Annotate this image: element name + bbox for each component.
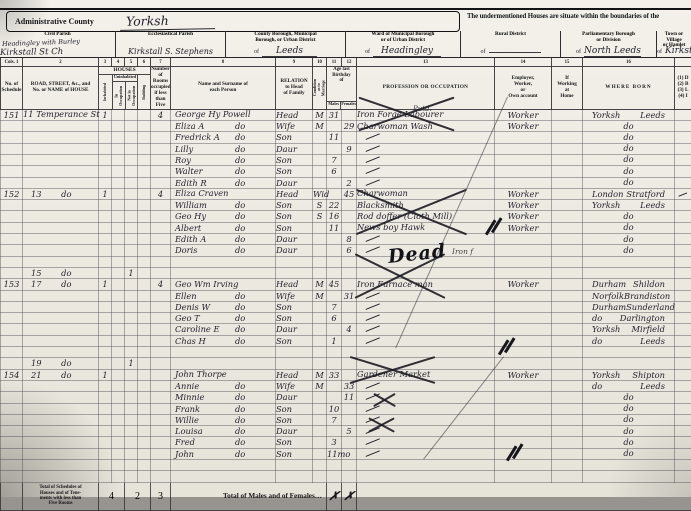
- inhabited-cell: [99, 166, 112, 177]
- born-cell: doLeeds: [583, 335, 675, 346]
- relation-cell: Daur: [276, 177, 313, 188]
- uninhabited-occ-cell: [112, 414, 125, 425]
- rooms-cell: [151, 301, 171, 312]
- age-male-cell: 16: [327, 211, 342, 222]
- infirmity-cell: [675, 459, 691, 470]
- column-number: 6: [138, 58, 151, 67]
- uninhabited-notocc-cell: [125, 222, 138, 233]
- relation-cell: Head: [276, 279, 313, 290]
- schedule-cell: 151: [1, 109, 23, 120]
- age-male-cell: [327, 459, 342, 470]
- uninhabited-notocc-cell: [125, 132, 138, 143]
- uninhabited-occ-cell: [112, 471, 125, 482]
- infirmity-cell: [675, 177, 691, 188]
- occupation-cell: [357, 403, 495, 414]
- column-number: 7: [151, 58, 171, 67]
- schedule-cell: [1, 301, 23, 312]
- census-page-scan: Administrative County Yorksh The underme…: [0, 0, 691, 497]
- employer-cell: [495, 471, 552, 482]
- born-cell: do: [583, 121, 675, 132]
- inhabited-cell: [99, 267, 112, 278]
- inhabited-cell: [99, 414, 112, 425]
- pencil-note: Iron f: [452, 247, 473, 256]
- column-numbers-row: Cols. 12345678910111213141516: [1, 58, 691, 67]
- building-cell: [138, 143, 151, 154]
- working-home-cell: [552, 426, 583, 437]
- column-number: 13: [357, 58, 495, 67]
- table-row: RoydoSon7do: [1, 154, 691, 165]
- table-row: Geo TdoSon6doDarlington: [1, 313, 691, 324]
- tick-mark: [366, 439, 380, 446]
- born-cell: YorkshShipton: [583, 369, 675, 380]
- name-cell: Williedo: [171, 414, 276, 425]
- column-number: 16: [583, 58, 675, 67]
- occupation-cell: Charwoman Wash: [357, 121, 495, 132]
- census-rows: 15111 Temperance St14George Hy PowellHea…: [1, 109, 691, 482]
- schedule-cell: [1, 448, 23, 459]
- infirmity-cell: [675, 414, 691, 425]
- relation-cell: [276, 459, 313, 470]
- born-cell: YorkshLeeds: [583, 109, 675, 120]
- employer-cell: [495, 335, 552, 346]
- in-occupation-label: In Occupation: [113, 86, 125, 106]
- infirmity-cell: [675, 256, 691, 267]
- col-age-header: Age last Birthday of MalesFemales: [327, 67, 357, 110]
- uninhabited-notocc-cell: [125, 301, 138, 312]
- schedule-cell: [1, 437, 23, 448]
- age-female-cell: [342, 414, 357, 425]
- employer-cell: [495, 166, 552, 177]
- column-number: 12: [342, 58, 357, 67]
- uninhabited-notocc-cell: [125, 313, 138, 324]
- occupation-cell: Putd.Iron Forge Labourer: [357, 109, 495, 120]
- road-cell: [23, 166, 99, 177]
- uninhabited-notocc-cell: [125, 324, 138, 335]
- ward-value: ofHeadingley: [346, 46, 460, 56]
- employer-cell: [495, 267, 552, 278]
- name-cell: Johndo: [171, 448, 276, 459]
- age-male-cell: 7: [327, 414, 342, 425]
- uninhabited-occ-cell: [112, 403, 125, 414]
- born-cell: LondonStratford: [583, 188, 675, 199]
- employer-cell: [495, 324, 552, 335]
- building-cell: [138, 459, 151, 470]
- uninhabited-notocc-cell: [125, 414, 138, 425]
- schedule-cell: [1, 154, 23, 165]
- condition-cell: [313, 414, 327, 425]
- undermentioned-text: The undermentioned Houses are situate wi…: [467, 13, 691, 20]
- condition-cell: M: [313, 279, 327, 290]
- born-cell: do: [583, 448, 675, 459]
- employer-cell: Worker: [495, 109, 552, 120]
- uninhabited-notocc-cell: [125, 143, 138, 154]
- road-cell: [23, 245, 99, 256]
- employer-cell: [495, 143, 552, 154]
- schedule-cell: [1, 132, 23, 143]
- occupation-cell: [357, 459, 495, 470]
- building-cell: [138, 211, 151, 222]
- born-cell: do: [583, 414, 675, 425]
- table-row: MinniedoDaur11do: [1, 392, 691, 403]
- table-row: Geo HydoSonS16Rod doffer (Cloth Mill)Wor…: [1, 211, 691, 222]
- condition-cell: [313, 448, 327, 459]
- age-male-cell: [327, 347, 342, 358]
- employer-cell: [495, 358, 552, 369]
- infirmity-cell: [675, 211, 691, 222]
- rooms-cell: [151, 358, 171, 369]
- name-cell: Chas Hdo: [171, 335, 276, 346]
- born-cell: [583, 471, 675, 482]
- born-cell: do: [583, 245, 675, 256]
- name-cell: [171, 459, 276, 470]
- working-home-cell: [552, 403, 583, 414]
- rooms-cell: [151, 154, 171, 165]
- rooms-cell: [151, 414, 171, 425]
- occupation-cell: [357, 154, 495, 165]
- condition-cell: M: [313, 109, 327, 120]
- uninhabited-occ-cell: [112, 335, 125, 346]
- uninhabited-occ-cell: [112, 358, 125, 369]
- age-female-cell: [342, 471, 357, 482]
- name-cell: [171, 267, 276, 278]
- employer-cell: Worker: [495, 369, 552, 380]
- column-headers-row: No. of Schedule ROAD, STREET, &c., and N…: [1, 67, 691, 110]
- column-number: 5: [125, 58, 138, 67]
- age-female-cell: [342, 267, 357, 278]
- name-cell: Geo Wm Irving: [171, 279, 276, 290]
- road-cell: [23, 121, 99, 132]
- uninhabited-label: Uninhabited: [113, 75, 138, 82]
- age-male-cell: 31: [327, 109, 342, 120]
- building-cell: [138, 121, 151, 132]
- occupation-cell: [357, 177, 495, 188]
- building-cell: [138, 358, 151, 369]
- schedule-cell: [1, 414, 23, 425]
- age-female-cell: [342, 459, 357, 470]
- inhabited-cell: [99, 256, 112, 267]
- born-cell: [583, 267, 675, 278]
- condition-cell: [313, 267, 327, 278]
- road-cell: [23, 380, 99, 391]
- relation-cell: Wife: [276, 121, 313, 132]
- condition-cell: [313, 426, 327, 437]
- age-female-cell: [342, 347, 357, 358]
- road-cell: [23, 437, 99, 448]
- working-home-cell: [552, 200, 583, 211]
- occupation-cell: [357, 448, 495, 459]
- infirmity-cell: [675, 369, 691, 380]
- schedule-cell: [1, 426, 23, 437]
- county-borough-box: County Borough, Municipal Borough, or Ur…: [225, 31, 345, 57]
- occupation-cell: [357, 132, 495, 143]
- name-cell: Walterdo: [171, 166, 276, 177]
- uninhabited-occ-cell: [112, 245, 125, 256]
- schedule-cell: [1, 143, 23, 154]
- table-row: 15111 Temperance St14George Hy PowellHea…: [1, 109, 691, 120]
- inhabited-cell: [99, 154, 112, 165]
- inhabited-cell: [99, 380, 112, 391]
- age-female-cell: [342, 313, 357, 324]
- born-cell: YorkshLeeds: [583, 200, 675, 211]
- rooms-cell: 4: [151, 109, 171, 120]
- occupation-cell: [357, 358, 495, 369]
- inhabited-cell: [99, 403, 112, 414]
- employer-cell: [495, 313, 552, 324]
- table-row: Chas HdoSon1doLeeds: [1, 335, 691, 346]
- born-cell: [583, 358, 675, 369]
- name-cell: Williamdo: [171, 200, 276, 211]
- age-male-cell: [327, 267, 342, 278]
- col-condition-header: Condition as to Marriage: [313, 67, 327, 110]
- working-home-cell: [552, 256, 583, 267]
- occupation-cell: [357, 143, 495, 154]
- working-home-cell: [552, 369, 583, 380]
- infirmity-cell: [675, 313, 691, 324]
- tick-mark: [366, 394, 380, 401]
- born-cell: do: [583, 403, 675, 414]
- table-row: Edith RdoDaur2do: [1, 177, 691, 188]
- occupation-cell: Gardener Market: [357, 369, 495, 380]
- age-female-cell: [342, 200, 357, 211]
- occupation-cell: [357, 437, 495, 448]
- road-cell: [23, 471, 99, 482]
- age-female-cell: [342, 211, 357, 222]
- county-borough-value: ofLeeds: [226, 46, 345, 56]
- age-female-cell: [342, 109, 357, 120]
- table-row: Eliza AdoWifeM29Charwoman WashWorkerdo: [1, 121, 691, 132]
- schedule-cell: 153: [1, 279, 23, 290]
- road-cell: 19do: [23, 358, 99, 369]
- employer-cell: [495, 177, 552, 188]
- working-home-cell: [552, 121, 583, 132]
- condition-cell: S: [313, 200, 327, 211]
- ward-label: Ward of Municipal Borough or of Urban Di…: [346, 31, 460, 43]
- age-female-cell: [342, 256, 357, 267]
- name-cell: Minniedo: [171, 392, 276, 403]
- employer-cell: Worker: [495, 200, 552, 211]
- born-cell: [583, 459, 675, 470]
- totals-row: Total of Schedules of Houses and of Tene…: [1, 482, 691, 497]
- relation-cell: Son: [276, 403, 313, 414]
- name-cell: [171, 358, 276, 369]
- relation-cell: Daur: [276, 245, 313, 256]
- working-home-cell: [552, 245, 583, 256]
- age-female-cell: [342, 166, 357, 177]
- age-female-cell: [342, 369, 357, 380]
- occupation-cell: [357, 347, 495, 358]
- employer-cell: Worker: [495, 211, 552, 222]
- working-home-cell: [552, 143, 583, 154]
- tick-mark: [366, 416, 380, 423]
- road-cell: [23, 335, 99, 346]
- relation-cell: Wife: [276, 380, 313, 391]
- uninhabited-occ-cell: [112, 290, 125, 301]
- building-cell: [138, 256, 151, 267]
- inhabited-cell: [99, 324, 112, 335]
- relation-cell: [276, 347, 313, 358]
- rooms-cell: [151, 267, 171, 278]
- ecclesiastical-parish-label: Ecclesiastical Parish: [116, 31, 225, 38]
- condition-cell: [313, 347, 327, 358]
- tick-mark: [366, 134, 380, 141]
- age-male-cell: 11: [327, 132, 342, 143]
- working-home-cell: [552, 448, 583, 459]
- building-cell: [138, 279, 151, 290]
- infirmity-cell: [675, 143, 691, 154]
- col-road-header: ROAD, STREET, &c., and No. or NAME of HO…: [23, 67, 99, 110]
- working-home-cell: [552, 414, 583, 425]
- age-female-cell: [342, 154, 357, 165]
- uninhabited-occ-cell: [112, 426, 125, 437]
- age-male-cell: [327, 380, 342, 391]
- age-male-cell: 22: [327, 200, 342, 211]
- rooms-cell: [151, 177, 171, 188]
- ward-box: Ward of Municipal Borough or of Urban Di…: [345, 31, 460, 57]
- born-cell: do: [583, 426, 675, 437]
- inhabited-cell: 1: [99, 109, 112, 120]
- col-occupation-header: PROFESSION OR OCCUPATION: [357, 67, 495, 110]
- working-home-cell: [552, 234, 583, 245]
- born-cell: do: [583, 177, 675, 188]
- working-home-cell: [552, 313, 583, 324]
- name-cell: Geo Tdo: [171, 313, 276, 324]
- name-cell: Albertdo: [171, 222, 276, 233]
- condition-cell: M: [313, 380, 327, 391]
- uninhabited-occ-cell: [112, 188, 125, 199]
- schedule-cell: [1, 358, 23, 369]
- road-cell: [23, 459, 99, 470]
- uninhabited-occ-cell: [112, 369, 125, 380]
- employer-cell: [495, 392, 552, 403]
- road-cell: [23, 347, 99, 358]
- employer-cell: [495, 459, 552, 470]
- uninhabited-occ-cell: [112, 143, 125, 154]
- rural-district-box: Rural District of: [460, 31, 560, 57]
- road-cell: [23, 200, 99, 211]
- employer-cell: Worker: [495, 222, 552, 233]
- table-row: EllendoWifeM31NorfolkBrandiston: [1, 290, 691, 301]
- born-cell: DurhamShildon: [583, 279, 675, 290]
- occupation-cell: [357, 426, 495, 437]
- working-home-cell: [552, 177, 583, 188]
- col-born-header: WHERE BORN: [583, 67, 675, 110]
- inhabited-cell: [99, 335, 112, 346]
- col-relation-header: RELATION to Head of Family: [276, 67, 313, 110]
- uninhabited-notocc-cell: [125, 245, 138, 256]
- building-cell: [138, 313, 151, 324]
- condition-cell: Wid: [313, 188, 327, 199]
- working-home-cell: [552, 335, 583, 346]
- rooms-cell: [151, 200, 171, 211]
- rooms-cell: [151, 437, 171, 448]
- age-female-cell: [342, 132, 357, 143]
- employer-cell: [495, 347, 552, 358]
- relation-cell: Son: [276, 437, 313, 448]
- employer-cell: [495, 245, 552, 256]
- inhabited-cell: [99, 347, 112, 358]
- building-cell: [138, 188, 151, 199]
- condition-cell: [313, 392, 327, 403]
- condition-cell: [313, 177, 327, 188]
- totals-schedules-label: Total of Schedules of Houses and of Tene…: [23, 482, 99, 497]
- born-cell: [583, 256, 675, 267]
- building-cell: [138, 369, 151, 380]
- tick-mark: [366, 247, 380, 254]
- born-cell: do: [583, 437, 675, 448]
- rooms-cell: [151, 459, 171, 470]
- age-male-cell: [327, 358, 342, 369]
- column-number: 9: [276, 58, 313, 67]
- houses-total-1: 4: [99, 482, 125, 497]
- building-cell: [138, 290, 151, 301]
- rooms-cell: [151, 380, 171, 391]
- inhabited-cell: 1: [99, 369, 112, 380]
- tick-mark: [366, 450, 380, 457]
- tick-mark: [366, 179, 380, 186]
- occupation-cell: [357, 313, 495, 324]
- condition-cell: [313, 166, 327, 177]
- schedule-cell: [1, 324, 23, 335]
- rooms-cell: [151, 313, 171, 324]
- name-cell: Edith Rdo: [171, 177, 276, 188]
- males-label: Males: [327, 102, 340, 109]
- infirmity-cell: [675, 403, 691, 414]
- name-cell: Louisado: [171, 426, 276, 437]
- condition-cell: [313, 403, 327, 414]
- name-cell: Fredrick Ado: [171, 132, 276, 143]
- table-row: [1, 347, 691, 358]
- age-male-cell: 7: [327, 301, 342, 312]
- born-cell: doLeeds: [583, 380, 675, 391]
- condition-cell: [313, 324, 327, 335]
- age-male-cell: [327, 256, 342, 267]
- tick-mark: [366, 405, 380, 412]
- uninhabited-notocc-cell: [125, 279, 138, 290]
- tick-mark: [366, 156, 380, 163]
- uninhabited-notocc-cell: [125, 426, 138, 437]
- name-cell: Geo Hydo: [171, 211, 276, 222]
- working-home-cell: [552, 222, 583, 233]
- uninhabited-occ-cell: [112, 256, 125, 267]
- working-home-cell: [552, 211, 583, 222]
- town-village-box: Town or Village or Hamlet ofKirkst: [656, 31, 691, 57]
- relation-cell: Head: [276, 109, 313, 120]
- table-row: WilliedoSon7do: [1, 414, 691, 425]
- pencil-annotation: Putd.: [413, 105, 432, 113]
- table-row: Fredrick AdoSon11do: [1, 132, 691, 143]
- road-cell: [23, 426, 99, 437]
- table-row: WilliamdoSonS22BlacksmithWorkerYorkshLee…: [1, 200, 691, 211]
- rooms-cell: [151, 403, 171, 414]
- col-houses-header: HOUSES In-habited Uninhabited In Occupat…: [99, 67, 151, 110]
- employer-cell: [495, 437, 552, 448]
- table-row: DorisdoDaur6do: [1, 245, 691, 256]
- table-row: FrankdoSon10do: [1, 403, 691, 414]
- age-female-cell: 45: [342, 188, 357, 199]
- inhabited-cell: 1: [99, 279, 112, 290]
- age-female-cell: 31: [342, 290, 357, 301]
- column-number: Cols. 1: [1, 58, 23, 67]
- town-village-value: ofKirkst: [657, 46, 691, 56]
- relation-cell: [276, 358, 313, 369]
- age-male-cell: [327, 426, 342, 437]
- age-male-cell: 6: [327, 166, 342, 177]
- working-home-cell: [552, 188, 583, 199]
- age-male-cell: [327, 234, 342, 245]
- building-cell: [138, 154, 151, 165]
- infirmity-cell: [675, 234, 691, 245]
- inhabited-cell: [99, 222, 112, 233]
